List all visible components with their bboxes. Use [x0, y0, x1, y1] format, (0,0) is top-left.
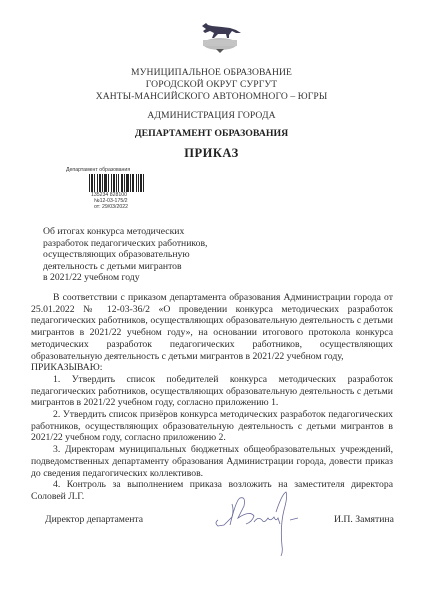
header-line-2: ГОРОДСКОЙ ОКРУГ СУРГУТ	[0, 79, 423, 91]
document-type-title: ПРИКАЗ	[0, 146, 423, 161]
signature-scribble-icon	[210, 490, 320, 560]
fox-coat-of-arms-icon	[196, 14, 246, 54]
subject-line-3: осуществляющих образовательную	[43, 249, 263, 261]
handwritten-signature	[210, 490, 320, 560]
signatory-name: И.П. Замятина	[334, 514, 394, 525]
order-subject: Об итогах конкурса методических разработ…	[43, 226, 263, 284]
registration-stamp: Департамент образования 135234 828100 №1…	[62, 167, 172, 210]
order-item-1: 1. Утвердить список победителей конкурса…	[31, 374, 393, 409]
coat-of-arms	[196, 14, 246, 54]
registration-date: от: 29/03/2022	[94, 204, 172, 210]
header-lines: МУНИЦИПАЛЬНОЕ ОБРАЗОВАНИЕ ГОРОДСКОЙ ОКРУ…	[0, 67, 423, 103]
order-item-3: 3. Директорам муниципальных бюджетных об…	[31, 444, 393, 479]
order-body: В соответствии с приказом департамента о…	[31, 292, 393, 503]
administration-title: АДМИНИСТРАЦИЯ ГОРОДА	[0, 110, 423, 122]
order-word: ПРИКАЗЫВАЮ:	[31, 362, 393, 374]
order-item-2: 2. Утвердить список призёров конкурса ме…	[31, 409, 393, 444]
preamble-paragraph: В соответствии с приказом департамента о…	[31, 292, 393, 362]
header-line-1: МУНИЦИПАЛЬНОЕ ОБРАЗОВАНИЕ	[0, 67, 423, 79]
subject-line-2: разработок педагогических работников,	[43, 238, 263, 250]
signatory-position: Директор департамента	[45, 514, 143, 525]
header-line-3: ХАНТЫ-МАНСИЙСКОГО АВТОНОМНОГО – ЮГРЫ	[0, 91, 423, 103]
barcode	[89, 174, 172, 192]
subject-line-4: деятельность с детьми мигрантов	[43, 261, 263, 273]
department-title: ДЕПАРТАМЕНТ ОБРАЗОВАНИЯ	[0, 128, 423, 139]
subject-line-1: Об итогах конкурса методических	[43, 226, 263, 238]
stamp-org: Департамент образования	[66, 167, 172, 173]
subject-line-5: в 2021/22 учебном году	[43, 272, 263, 284]
